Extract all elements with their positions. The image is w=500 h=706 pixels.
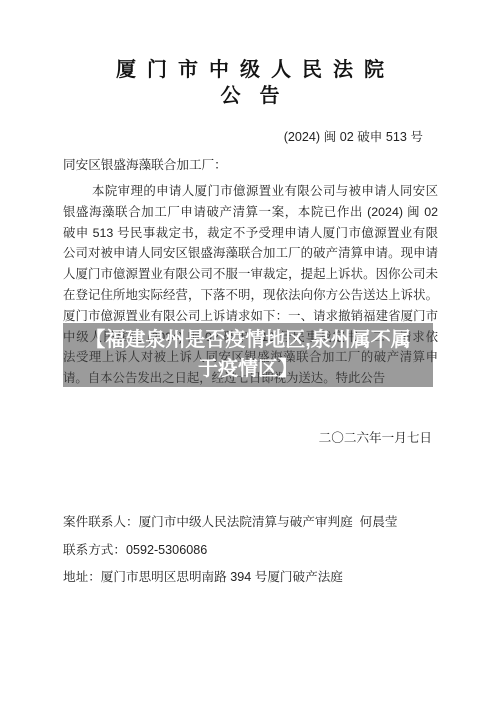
watermark-text-line: 【福建泉州是否疫情地区,泉州属不属 bbox=[63, 326, 433, 355]
body-line: 本院审理的申请人厦门市億源置业有限公司与被申请人同安区 bbox=[63, 181, 438, 202]
contact-person-line: 案件联系人：厦门市中级人民法院清算与破产审判庭 何晨莹 bbox=[63, 511, 397, 530]
addressee-line: 同安区银盛海藻联合加工厂： bbox=[63, 154, 227, 173]
contact-phone-line: 联系方式：0592-5306086 bbox=[63, 539, 207, 558]
body-line: 破申 513 号民事裁定书，裁定不予受理申请人厦门市億源置业有限 bbox=[63, 223, 438, 244]
case-number: (2024) 闽 02 破申 513 号 bbox=[63, 126, 438, 145]
contact-address-line: 地址：厦门市思明区思明南路 394 号厦门破产法庭 bbox=[63, 566, 343, 585]
court-announcement-page: 厦门市中级人民法院 公告 (2024) 闽 02 破申 513 号 同安区银盛海… bbox=[0, 0, 500, 706]
announcement-date: 二〇二六年一月七日 bbox=[63, 427, 438, 446]
watermark-text-line: 于疫情区】 bbox=[63, 355, 433, 384]
body-line: 人厦门市億源置业有限公司不服一审裁定，提起上诉状。因你公司未 bbox=[63, 264, 438, 285]
body-line: 公司对被申请人同安区银盛海藻联合加工厂的破产清算申请。现申请 bbox=[63, 243, 438, 264]
announcement-title: 公告 bbox=[0, 79, 500, 108]
court-name-title: 厦门市中级人民法院 bbox=[0, 53, 500, 82]
watermark-overlay-banner: 【福建泉州是否疫情地区,泉州属不属 于疫情区】 bbox=[63, 323, 433, 387]
body-line: 银盛海藻联合加工厂申请破产清算一案，本院已作出 (2024) 闽 02 bbox=[63, 202, 438, 223]
body-line: 在登记住所地实际经营，下落不明，现依法向你方公告送达上诉状。 bbox=[63, 285, 438, 306]
